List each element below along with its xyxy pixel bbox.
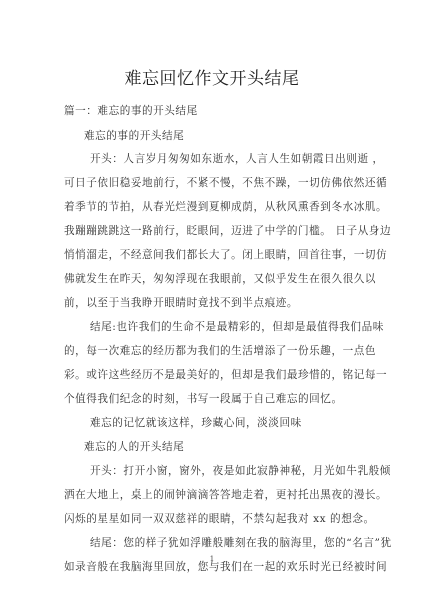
paragraph-line: 着季节的节拍，从春光烂漫到夏柳成荫，从秋风熏香到冬水冰肌。 <box>64 199 387 214</box>
paragraph-line: 佛就发生在昨天，匆匆浮现在我眼前，又似乎发生在很久很久以 <box>64 271 376 286</box>
paragraph-line: 篇一：难忘的事的开头结尾 <box>64 103 198 118</box>
page-number: 1 <box>0 555 424 563</box>
paragraph-line: 难忘的人的开头结尾 <box>84 439 184 454</box>
paragraph-line: 的，每一次难忘的经历都为我们的生活增添了一份乐趣，一点色 <box>64 343 376 358</box>
paragraph-line: 结尾：您的样子犹如浮雕般雕刻在我的脑海里，您的“名言”犹 <box>90 535 392 550</box>
paragraph-line: 我蹦蹦跳跳这一路前行，眨眼间，迈进了中学的门槛。 日子从身边 <box>64 223 391 238</box>
paragraph-line: 结尾:也许我们的生命不是最精彩的，但却是最值得我们品味 <box>90 319 384 334</box>
paragraph-line: 开头：打开小窗，窗外，夜是如此寂静神秘，月光如牛乳般倾 <box>90 463 391 478</box>
paragraph-line: 可日子依旧稳妥地前行，不紧不慢，不焦不躁，一切仿佛依然还循 <box>64 175 387 190</box>
paragraph-line: 悄悄溜走，不经意间我们都长大了。闭上眼睛，回首往事，一切仿 <box>64 247 387 262</box>
paragraph-line: 前，以至于当我睁开眼睛时竟找不到半点痕迹。 <box>64 295 298 310</box>
paragraph-line: 难忘的事的开头结尾 <box>84 128 184 143</box>
paragraph-line: 个值得我们纪念的时刻，书写一段属于自己难忘的回忆。 <box>64 391 343 406</box>
document-title: 难忘回忆作文开头结尾 <box>0 64 424 89</box>
paragraph-line: 洒在大地上，桌上的闹钟滴滴答答地走着，更衬托出黑夜的漫长。 <box>64 487 387 502</box>
paragraph-line: 闪烁的星星如同一双双慈祥的眼睛，不禁勾起我对 xx 的想念。 <box>64 511 375 526</box>
paragraph-line: 难忘的记忆就该这样，珍藏心间，淡淡回味 <box>90 415 302 430</box>
paragraph-line: 彩。或许这些经历不是最美好的，但却是我们最珍惜的，铭记每一 <box>64 367 387 382</box>
paragraph-line: 开头：人言岁月匆匆如东逝水，人言人生如朝霞日出则逝 ， <box>90 151 384 166</box>
